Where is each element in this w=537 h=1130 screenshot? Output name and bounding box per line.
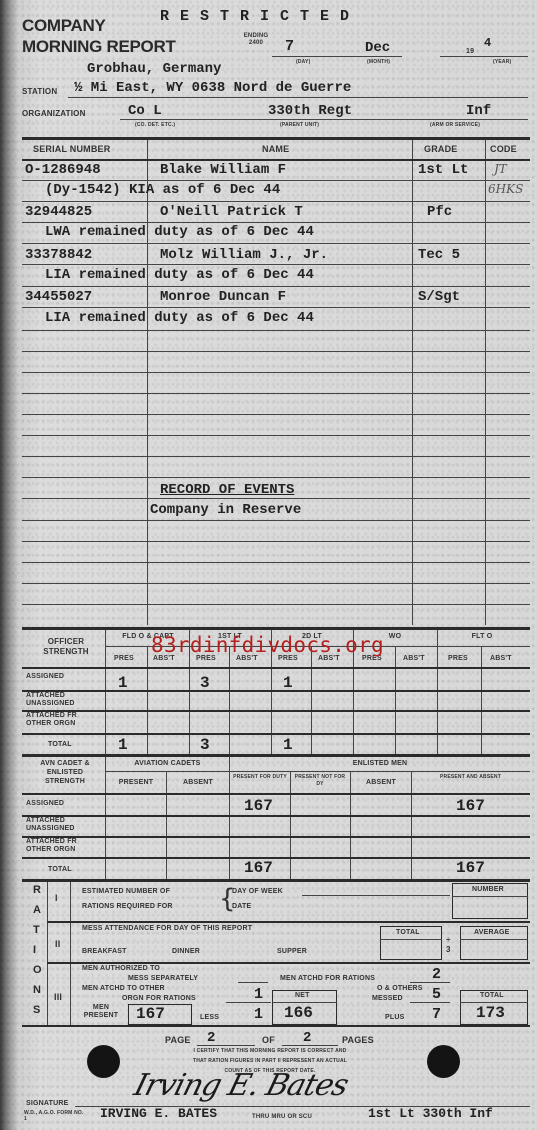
date-label: DATE <box>232 903 251 910</box>
section-divider <box>47 962 530 964</box>
atchd-rations-line <box>410 982 450 983</box>
officer-total-cell: 3 <box>200 736 210 754</box>
subcol-pres: PRES <box>114 655 134 662</box>
soldier-name: O'Neill Patrick T <box>160 204 303 220</box>
atchd-other-line <box>226 1002 271 1003</box>
grade: Tec 5 <box>418 247 460 263</box>
row-divider <box>22 264 530 265</box>
col-divider <box>229 646 230 754</box>
remark: (Dy-1542) KIA as of 6 Dec 44 <box>45 182 280 198</box>
supper-label: SUPPER <box>277 948 307 955</box>
enlisted-strength-top-border <box>22 754 530 757</box>
day-of-week-line <box>302 895 450 896</box>
average-label: AVERAGE <box>474 929 510 936</box>
header-row-divider <box>22 159 530 161</box>
less-label: LESS <box>200 1014 219 1021</box>
rations-letter: O <box>33 964 42 976</box>
section-i-label-2: RATIONS REQUIRED FOR <box>82 903 173 910</box>
group-flt-o: FLT O <box>437 633 527 640</box>
col-divider <box>350 771 351 879</box>
month-caption: (MONTH) <box>367 59 390 65</box>
col-divider <box>395 646 396 754</box>
enlisted-total-present-for-duty: 167 <box>244 859 273 877</box>
record-of-events-text: Company in Reserve <box>150 502 301 518</box>
subcol-present: PRESENT <box>108 779 164 786</box>
row-divider <box>22 286 530 287</box>
soldier-name: Monroe Duncan F <box>160 289 286 305</box>
col-header-code: CODE <box>490 144 517 154</box>
certification-line-2: THAT RATION FIGURES IN PART II REPRESENT… <box>150 1058 390 1064</box>
o-others-line <box>410 1002 450 1003</box>
row-divider <box>22 604 530 605</box>
page-number: 2 <box>207 1030 215 1046</box>
subcol-abst: ABS'T <box>490 655 512 662</box>
page-num-line <box>197 1045 255 1046</box>
row-label-attached-unassigned: ATTACHED UNASSIGNED <box>26 692 104 708</box>
row-divider <box>22 667 530 669</box>
report-month: Dec <box>365 40 390 56</box>
form-title-line2: MORNING REPORT <box>22 37 176 57</box>
subcol-absent: ABSENT <box>168 779 228 786</box>
enlisted-total-present-and-absent: 167 <box>456 859 485 877</box>
ending-label: ENDING 2400 <box>243 33 269 47</box>
section-ii-numeral: II <box>55 939 60 949</box>
rations-top-border <box>22 879 530 882</box>
signer-title: 1st Lt 330th Inf <box>368 1106 493 1121</box>
row-divider <box>22 456 530 457</box>
section-i-label-1: ESTIMATED NUMBER OF <box>82 888 170 895</box>
remark: LIA remained duty as of 6 Dec 44 <box>45 310 314 326</box>
enlisted-present-for-duty: 167 <box>244 797 273 815</box>
officer-strength-top-border <box>22 627 530 630</box>
enlisted-strength-label: AVN CADET & ENLISTED STRENGTH <box>26 759 104 786</box>
soldier-name: Molz William J., Jr. <box>160 247 328 263</box>
grade: Pfc <box>427 204 452 220</box>
station-value: ½ Mi East, WY 0638 Nord de Guerre <box>74 80 351 96</box>
col-divider <box>290 771 291 879</box>
col-divider <box>105 757 106 879</box>
form-title-line1: COMPANY <box>22 16 106 36</box>
row-divider <box>22 222 530 223</box>
report-day: 7 <box>285 38 294 55</box>
morning-report-page: RESTRICTED COMPANY MORNING REPORT ENDING… <box>0 0 537 1130</box>
col-divider <box>47 882 48 1025</box>
net-divider <box>272 1002 337 1003</box>
organization-label: ORGANIZATION <box>22 109 86 118</box>
row-divider <box>22 393 530 394</box>
day-of-week-label: DAY OF WEEK <box>232 888 283 895</box>
subcol-present-and-absent: PRESENT AND ABSENT <box>413 774 528 781</box>
day-caption: (DAY) <box>296 59 310 65</box>
total-label: TOTAL <box>480 992 504 999</box>
organization-arm: Inf <box>466 103 491 119</box>
year-prefix: 19 <box>466 48 474 55</box>
row-divider <box>22 435 530 436</box>
form-number: W.D., A.G.O. FORM NO. 1 <box>24 1110 84 1122</box>
col-divider-name <box>412 140 413 625</box>
row-divider <box>22 498 530 499</box>
certification-line-1: I CERTIFY THAT THIS MORNING REPORT IS CO… <box>150 1048 390 1054</box>
rations-letter: I <box>33 944 36 956</box>
col-divider-grade <box>485 140 486 625</box>
total-divider <box>460 1002 528 1003</box>
rations-letter: R <box>33 884 41 896</box>
watermark: 83rdinfdivdocs.org <box>151 633 384 657</box>
section-iii-numeral: III <box>54 992 62 1002</box>
men-atchd-other-value: 1 <box>254 986 263 1003</box>
plus-value: 7 <box>432 1006 441 1023</box>
col-divider <box>147 646 148 754</box>
men-authorized-label-1: MEN AUTHORIZED TO <box>82 965 160 972</box>
officer-total-cell: 1 <box>118 736 128 754</box>
rations-letter: A <box>33 904 41 916</box>
net-label: NET <box>295 992 310 999</box>
dinner-label: DINNER <box>172 948 200 955</box>
row-divider <box>22 477 530 478</box>
subcol-present-for-duty: PRESENT FOR DUTY <box>232 774 288 781</box>
men-atchd-other-label-1: MEN ATCHD TO OTHER <box>82 985 165 992</box>
less-value: 1 <box>254 1006 263 1023</box>
plus-label: PLUS <box>385 1014 404 1021</box>
col-divider <box>70 882 71 1025</box>
serial-number: O-1286948 <box>25 162 101 178</box>
row-label-attached-unassigned: ATTACHED UNASSIGNED <box>26 817 104 833</box>
group-aviation-cadets: AVIATION CADETS <box>110 760 225 767</box>
date-underline <box>272 56 402 57</box>
remark: LWA remained duty as of 6 Dec 44 <box>45 224 314 240</box>
row-divider <box>22 414 530 415</box>
organization-underline <box>120 119 528 120</box>
organization-unit: Co L <box>128 103 162 119</box>
remark-code-handwritten: 6HKS <box>488 182 523 196</box>
row-label-attached-other: ATTACHED FR OTHER ORGN <box>26 838 104 854</box>
row-divider <box>22 243 530 244</box>
soldier-name: Blake William F <box>160 162 286 178</box>
year-caption: (YEAR) <box>493 59 511 65</box>
classification-stamp: RESTRICTED <box>160 8 360 25</box>
binder-hole-right <box>427 1045 460 1078</box>
table-top-border <box>22 137 530 140</box>
report-year: 4 <box>484 36 491 50</box>
row-divider <box>22 520 530 521</box>
through-label: THRU MRU OR SCU <box>252 1114 312 1120</box>
row-label-total: TOTAL <box>48 866 72 873</box>
number-box-divider <box>452 896 528 897</box>
mess-separately-line <box>238 982 268 983</box>
row-divider <box>22 201 530 202</box>
col-header-grade: GRADE <box>424 144 458 154</box>
row-divider <box>22 541 530 542</box>
divide-by-three: ÷ 3 <box>446 935 456 955</box>
station-label: STATION <box>22 87 57 96</box>
remark: LIA remained duty as of 6 Dec 44 <box>45 267 314 283</box>
men-present-value: 167 <box>136 1005 165 1023</box>
serial-number: 33378842 <box>25 247 92 263</box>
signature-label: SIGNATURE <box>26 1100 69 1107</box>
of-label: OF <box>262 1035 275 1045</box>
mess-total-divider <box>380 939 442 940</box>
grade: 1st Lt <box>418 162 468 178</box>
rations-letter: T <box>33 924 40 936</box>
number-label: NUMBER <box>472 886 504 893</box>
row-divider <box>22 180 530 181</box>
location-line: Grobhau, Germany <box>87 61 221 77</box>
code-handwritten: JT <box>494 162 507 176</box>
mess-total-label: TOTAL <box>396 929 420 936</box>
officer-total-cell: 1 <box>283 736 293 754</box>
col-divider <box>437 630 438 754</box>
row-divider <box>22 351 530 352</box>
page-label: PAGE <box>165 1035 191 1045</box>
breakfast-label: BREAKFAST <box>82 948 127 955</box>
row-divider <box>22 307 530 308</box>
col-divider <box>166 771 167 879</box>
org-caption-unit: (CO. DET. ETC.) <box>135 122 175 128</box>
enlisted-present-and-absent: 167 <box>456 797 485 815</box>
o-others-label-2: MESSED <box>372 995 403 1002</box>
col-divider <box>411 771 412 879</box>
row-divider <box>22 372 530 373</box>
subcol-absent: ABSENT <box>352 779 410 786</box>
men-atchd-other-label-2: ORGN FOR RATIONS <box>122 995 196 1002</box>
row-label-attached-other: ATTACHED FR OTHER ORGN <box>26 712 104 728</box>
record-of-events-title: RECORD OF EVENTS <box>160 482 294 498</box>
organization-parent: 330th Regt <box>268 103 352 119</box>
col-divider <box>481 646 482 754</box>
o-others-value: 5 <box>432 986 441 1003</box>
rations-bottom-border <box>22 1025 530 1027</box>
row-divider <box>22 583 530 584</box>
total-value: 173 <box>476 1004 505 1022</box>
row-label-assigned: ASSIGNED <box>26 800 64 807</box>
col-header-name: NAME <box>262 144 289 154</box>
row-divider <box>22 562 530 563</box>
row-label-assigned: ASSIGNED <box>26 673 64 680</box>
row-divider <box>22 733 530 735</box>
net-value: 166 <box>284 1004 313 1022</box>
row-divider <box>22 857 530 859</box>
row-divider <box>22 793 530 795</box>
signature-handwritten: Irving E. Bates <box>130 1068 351 1103</box>
page-total: 2 <box>303 1030 311 1046</box>
subcol-abst: ABS'T <box>403 655 425 662</box>
section-divider <box>47 921 530 923</box>
col-divider-serial <box>147 140 148 625</box>
year-underline <box>440 56 528 57</box>
station-underline <box>68 97 528 98</box>
org-caption-parent: (PARENT UNIT) <box>280 122 319 128</box>
men-atchd-for-rations-value: 2 <box>432 966 441 983</box>
row-label-total: TOTAL <box>48 741 72 748</box>
group-divider <box>105 771 530 772</box>
col-divider <box>105 630 106 754</box>
rations-letter: S <box>33 1004 40 1016</box>
o-others-label-1: O & OTHERS <box>377 985 423 992</box>
subcol-present-not-for-duty: PRESENT NOT FOR DY <box>292 774 348 788</box>
pages-label: PAGES <box>342 1035 374 1045</box>
men-present-label: MEN PRESENT <box>76 1004 126 1020</box>
rations-letter: N <box>33 984 41 996</box>
group-enlisted-men: ENLISTED MEN <box>232 760 528 767</box>
signer-name: IRVING E. BATES <box>100 1106 217 1121</box>
grade: S/Sgt <box>418 289 460 305</box>
officer-strength-label: OFFICER STRENGTH <box>30 637 102 657</box>
row-divider <box>22 330 530 331</box>
subcol-pres: PRES <box>448 655 468 662</box>
col-header-serial: SERIAL NUMBER <box>33 144 110 154</box>
section-i-numeral: I <box>55 893 58 903</box>
col-divider <box>229 757 230 879</box>
col-divider <box>311 646 312 754</box>
binder-hole-left <box>87 1045 120 1078</box>
average-divider <box>460 939 528 940</box>
org-caption-arm: (ARM OR SERVICE) <box>430 122 480 128</box>
men-authorized-label-2: MESS SEPARATELY <box>128 975 198 982</box>
mess-attendance-label: MESS ATTENDANCE FOR DAY OF THIS REPORT <box>82 925 252 932</box>
men-atchd-for-rations-label: MEN ATCHD FOR RATIONS <box>280 975 375 982</box>
serial-number: 34455027 <box>25 289 92 305</box>
serial-number: 32944825 <box>25 204 92 220</box>
